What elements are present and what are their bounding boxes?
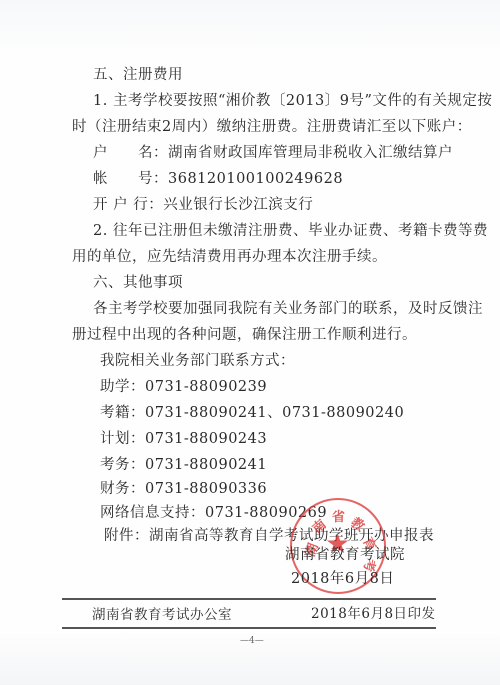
account-number-label: 帐 号： (93, 171, 168, 187)
contacts-title: 我院相关业务部门联系方式： (100, 352, 295, 370)
signature-org: 湖南省教育考试院 (285, 546, 405, 564)
section-6-para-line-2: 册过程中出现的各种问题，确保注册工作顺利进行。 (72, 326, 417, 344)
section-5-item-1-line-2: 时（注册结束2周内）缴纳注册费。注册费请汇至以下账户： (72, 118, 472, 136)
section-5-item-2-line-1: 2. 往年已注册但未缴清注册费、毕业办证费、考籍卡费等费 (93, 222, 488, 240)
section-5-item-1-line-1: 1. 主考学校要按照“湘价教〔2013〕9号”文件的有关规定按 (93, 92, 492, 110)
account-number-value: 36812010010024962­8 (168, 171, 343, 187)
contact-planning: 计划：0731-88090243 (100, 430, 267, 448)
section-6-para-line-1: 各主考学校要加强同我院有关业务部门的联系，及时反馈注 (93, 300, 483, 318)
footer-bottom-rule (62, 627, 436, 629)
section-5-heading: 五、注册费用 (93, 66, 183, 84)
account-name-value: 湖南省财政国库管理局非税收入汇缴结算户 (168, 145, 453, 161)
contact-tutoring: 助学：0731-88090239 (100, 378, 267, 396)
page-number: —4— (240, 636, 264, 646)
account-number-row: 帐 号：36812010010024962­8 (93, 170, 343, 188)
account-name-row: 户 名：湖南省财政国库管理局非税收入汇缴结算户 (93, 144, 453, 162)
account-name-label: 户 名： (93, 145, 168, 161)
bank-label: 开 户 行： (93, 197, 163, 213)
footer-issuer: 湖南省教育考试办公室 (92, 606, 232, 624)
section-5-item-2-line-2: 用的单位，应先结清费用再办理本次注册手续。 (72, 248, 387, 266)
footer-top-rule (62, 598, 436, 600)
contact-registry: 考籍：0731-88090241、0731-88090240 (100, 404, 404, 422)
bank-value: 兴业银行长沙江滨支行 (163, 197, 313, 213)
document-page: 五、注册费用 1. 主考学校要按照“湘价教〔2013〕9号”文件的有关规定按 时… (0, 0, 500, 685)
contact-finance: 财务：0731-88090336 (100, 480, 267, 498)
contact-exam-affairs: 考务：0731-88090241 (100, 456, 267, 474)
footer-issue-date: 2018年6月8日印发 (311, 605, 436, 623)
signature-date: 2018年6月8日 (291, 570, 394, 588)
section-6-heading: 六、其他事项 (93, 274, 183, 292)
bank-row: 开 户 行：兴业银行长沙江滨支行 (93, 196, 313, 214)
